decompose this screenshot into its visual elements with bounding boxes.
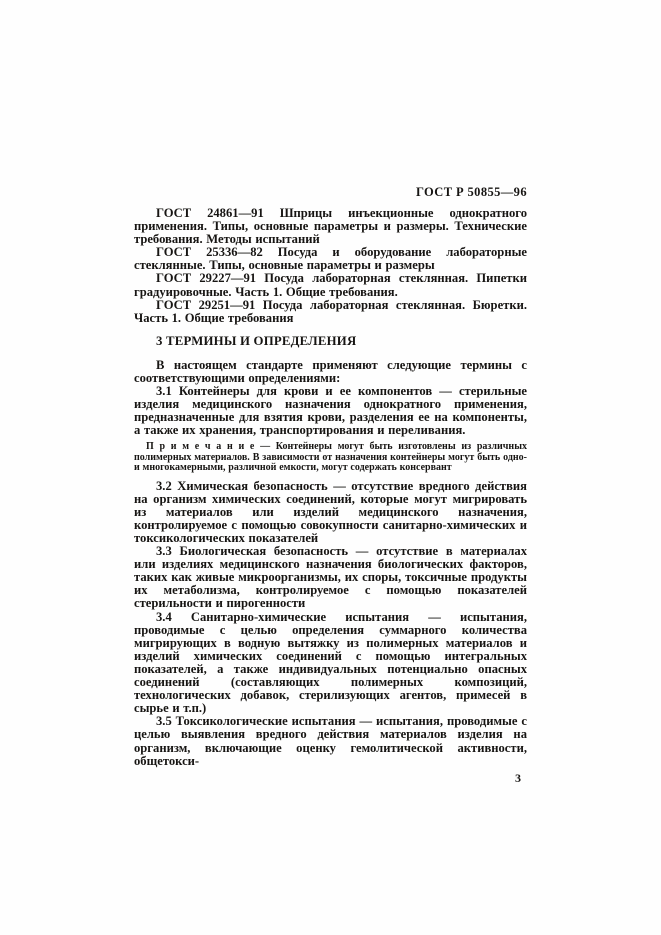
document-page: ГОСТ Р 50855—96 ГОСТ 24861—91 Шприцы инъ… [0, 0, 661, 935]
reference-gost-24861: ГОСТ 24861—91 Шприцы инъекционные однокр… [134, 207, 527, 246]
standard-code-header: ГОСТ Р 50855—96 [134, 186, 527, 199]
section-intro-paragraph: В настоящем стандарте применяют следующи… [134, 359, 527, 385]
page-number: 3 [134, 771, 527, 786]
term-3-2-chemical-safety-definition: 3.2 Химическая безопасность — отсутствие… [134, 480, 527, 545]
reference-gost-29227: ГОСТ 29227—91 Посуда лабораторная стекля… [134, 272, 527, 298]
term-3-3-biological-safety-definition: 3.3 Биологическая безопасность — отсутст… [134, 545, 527, 610]
term-3-4-sanitary-chemical-tests-definition: 3.4 Санитарно-химические испытания — исп… [134, 611, 527, 716]
section-heading-terms-and-definitions: 3 ТЕРМИНЫ И ОПРЕДЕЛЕНИЯ [156, 335, 527, 348]
reference-gost-25336: ГОСТ 25336—82 Посуда и оборудование лабо… [134, 246, 527, 272]
term-3-1-containers-definition: 3.1 Контейнеры для крови и ее компоненто… [134, 385, 527, 437]
reference-gost-29251: ГОСТ 29251—91 Посуда лабораторная стекля… [134, 299, 527, 325]
text-block: ГОСТ Р 50855—96 ГОСТ 24861—91 Шприцы инъ… [134, 186, 527, 786]
note-3-1: П р и м е ч а н и е — Контейнеры могут б… [134, 442, 527, 473]
term-3-5-toxicological-tests-definition: 3.5 Токсикологические испытания — испыта… [134, 715, 527, 767]
